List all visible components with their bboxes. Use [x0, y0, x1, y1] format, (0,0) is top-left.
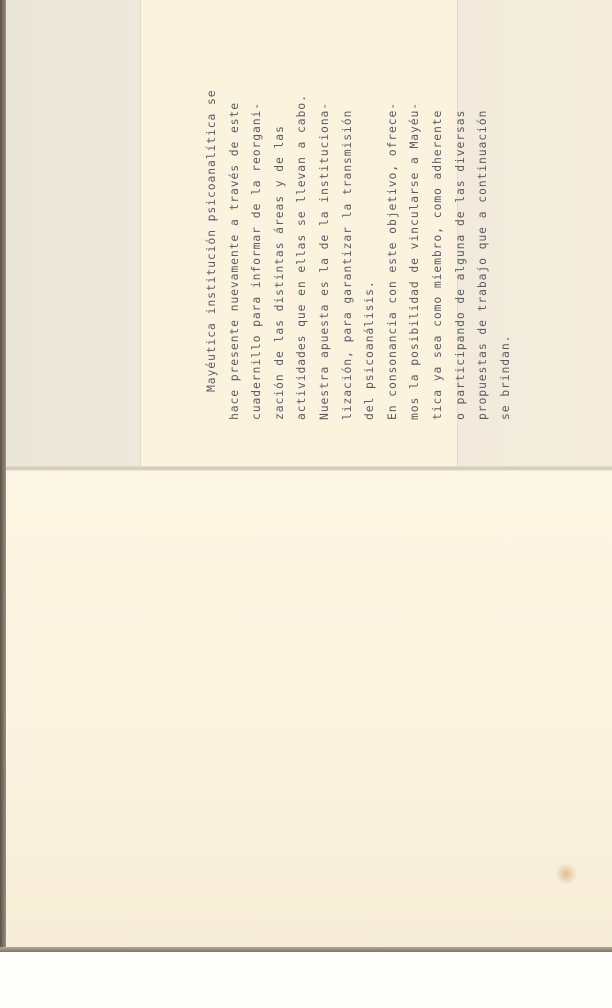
paper-stain: [556, 862, 576, 886]
text-line: Nuestra apuesta es la de la instituciona…: [313, 40, 336, 420]
blank-lower-page-half: [6, 471, 612, 950]
text-line: En consonancia con este objetivo, ofrece…: [381, 40, 404, 420]
text-line: zación de las distintas áreas y de las: [268, 40, 291, 420]
text-line: cuadernillo para informar de la reorgani…: [245, 40, 268, 420]
text-line: actividades que en ellas se llevan a cab…: [290, 40, 313, 420]
binding-edge: [0, 0, 6, 950]
text-line: lización, para garantizar la transmisión: [336, 40, 359, 420]
typed-paragraph: Mayéutica institución psicoanalítica se …: [200, 40, 516, 420]
text-line: propuestas de trabajo que a continuación: [471, 40, 494, 420]
text-line: se brindan.: [494, 40, 517, 420]
text-line: mos la posibilidad de vincularse a Mayéu…: [403, 40, 426, 420]
text-line: hace presente nuevamente a través de est…: [223, 40, 246, 420]
text-line: Mayéutica institución psicoanalítica se: [200, 40, 223, 420]
text-line: o participando de alguna de las diversas: [449, 40, 472, 420]
page-bottom-edge: [0, 947, 612, 952]
text-line: del psicoanálisis.: [358, 40, 381, 420]
text-line: tica ya sea como miembro, como adherente: [426, 40, 449, 420]
